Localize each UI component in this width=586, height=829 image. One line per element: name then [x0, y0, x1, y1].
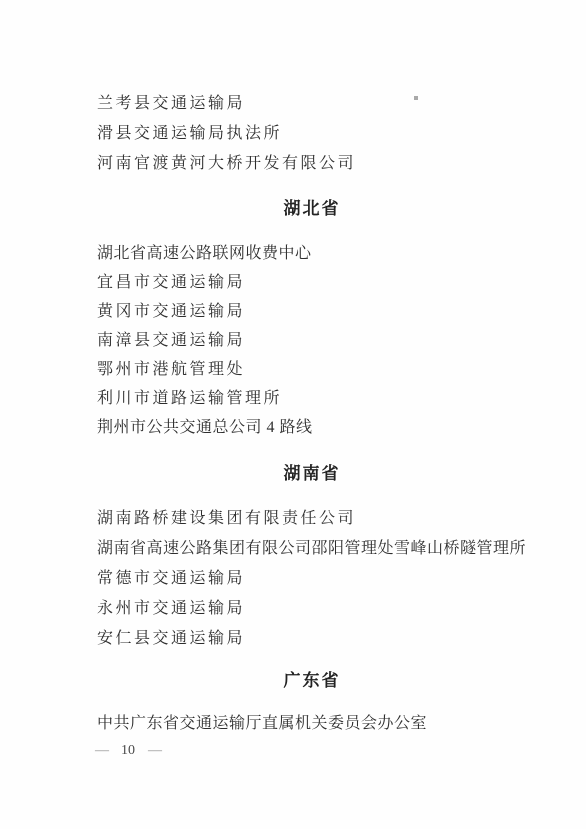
province-header-hunan: 湖南省	[97, 465, 527, 482]
section-guangdong: 广东省 中共广东省交通运输厅直属机关委员会办公室	[97, 672, 527, 732]
province-header-guangdong: 广东省	[97, 672, 527, 689]
footer-dash-right: —	[148, 744, 161, 758]
org-entry: 永州市交通运输局	[97, 600, 527, 617]
org-entry: 兰考县交通运输局	[97, 95, 527, 112]
org-entry: 湖北省高速公路联网收费中心	[97, 245, 527, 262]
org-entry: 湖南路桥建设集团有限责任公司	[97, 510, 527, 527]
org-entry: 滑县交通运输局执法所	[97, 125, 527, 142]
page-number-footer: — 10 —	[95, 744, 161, 758]
org-entry: 荆州市公共交通总公司 4 路线	[97, 419, 527, 436]
section-hubei: 湖北省 湖北省高速公路联网收费中心 宜昌市交通运输局 黄冈市交通运输局 南漳县交…	[97, 200, 527, 436]
org-entry: 鄂州市港航管理处	[97, 361, 527, 378]
org-entry: 安仁县交通运输局	[97, 630, 527, 647]
footer-dash-left: —	[95, 744, 108, 758]
org-entry: 利川市道路运输管理所	[97, 390, 527, 407]
document-page: 兰考县交通运输局 滑县交通运输局执法所 河南官渡黄河大桥开发有限公司 湖北省 湖…	[0, 0, 586, 829]
org-entry: 宜昌市交通运输局	[97, 274, 527, 291]
page-number: 10	[121, 744, 135, 758]
org-entry: 中共广东省交通运输厅直属机关委员会办公室	[97, 715, 527, 732]
section-hunan: 湖南省 湖南路桥建设集团有限责任公司 湖南省高速公路集团有限公司邵阳管理处雪峰山…	[97, 465, 527, 647]
org-entry: 常德市交通运输局	[97, 570, 527, 587]
org-entry: 河南官渡黄河大桥开发有限公司	[97, 155, 527, 172]
document-body: 兰考县交通运输局 滑县交通运输局执法所 河南官渡黄河大桥开发有限公司 湖北省 湖…	[97, 95, 527, 744]
org-entry: 黄冈市交通运输局	[97, 303, 527, 320]
province-header-hubei: 湖北省	[97, 200, 527, 217]
org-entry: 湖南省高速公路集团有限公司邵阳管理处雪峰山桥隧管理所	[97, 540, 527, 557]
org-entry: 南漳县交通运输局	[97, 332, 527, 349]
